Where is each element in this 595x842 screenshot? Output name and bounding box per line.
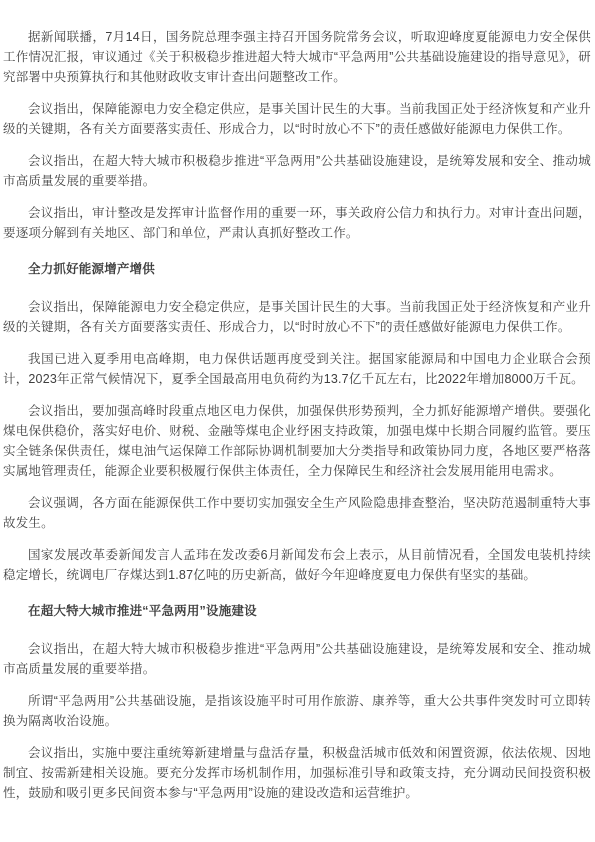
section-heading-dual-use-facilities: 在超大特大城市推进“平急两用”设施建设 xyxy=(3,601,591,621)
paragraph-dual-use-repeat: 会议指出，在超大特大城市积极稳步推进“平急两用”公共基础设施建设，是统筹发展和安… xyxy=(3,639,591,679)
paragraph-coal-power-measures: 会议指出，要加强高峰时段重点地区电力保供，加强保供形势预判，全力抓好能源增产增供… xyxy=(3,401,591,481)
paragraph-audit-rectification: 会议指出，审计整改是发挥审计监督作用的重要一环，事关政府公信力和执行力。对审计查… xyxy=(3,203,591,243)
paragraph-dual-use-definition: 所谓“平急两用”公共基础设施，是指该设施平时可用作旅游、康养等，重大公共事件突发… xyxy=(3,691,591,731)
paragraph-meeting-intro: 据新闻联播，7月14日，国务院总理李强主持召开国务院常务会议，听取迎峰度夏能源电… xyxy=(3,27,591,87)
document-page: 据新闻联播，7月14日，国务院总理李强主持召开国务院常务会议，听取迎峰度夏能源电… xyxy=(0,0,595,842)
paragraph-energy-supply-importance: 会议指出，保障能源电力安全稳定供应，是事关国计民生的大事。当前我国正处于经济恢复… xyxy=(3,99,591,139)
paragraph-dual-use-significance: 会议指出，在超大特大城市积极稳步推进“平急两用”公共基础设施建设，是统筹发展和安… xyxy=(3,151,591,191)
paragraph-energy-supply-repeat: 会议指出，保障能源电力安全稳定供应，是事关国计民生的大事。当前我国正处于经济恢复… xyxy=(3,297,591,337)
paragraph-safety-risk-inspection: 会议强调，各方面在能源保供工作中要切实加强安全生产风险隐患排查整治，坚决防范遏制… xyxy=(3,493,591,533)
paragraph-summer-peak-load: 我国已进入夏季用电高峰期，电力保供话题再度受到关注。据国家能源局和中国电力企业联… xyxy=(3,349,591,389)
section-heading-energy-production: 全力抓好能源增产增供 xyxy=(3,259,591,279)
paragraph-implementation-guidance: 会议指出，实施中要注重统筹新建增量与盘活存量，积极盘活城市低效和闲置资源，依法依… xyxy=(3,743,591,803)
paragraph-ndrc-spokesperson: 国家发展改革委新闻发言人孟玮在发改委6月新闻发布会上表示，从目前情况看，全国发电… xyxy=(3,545,591,585)
